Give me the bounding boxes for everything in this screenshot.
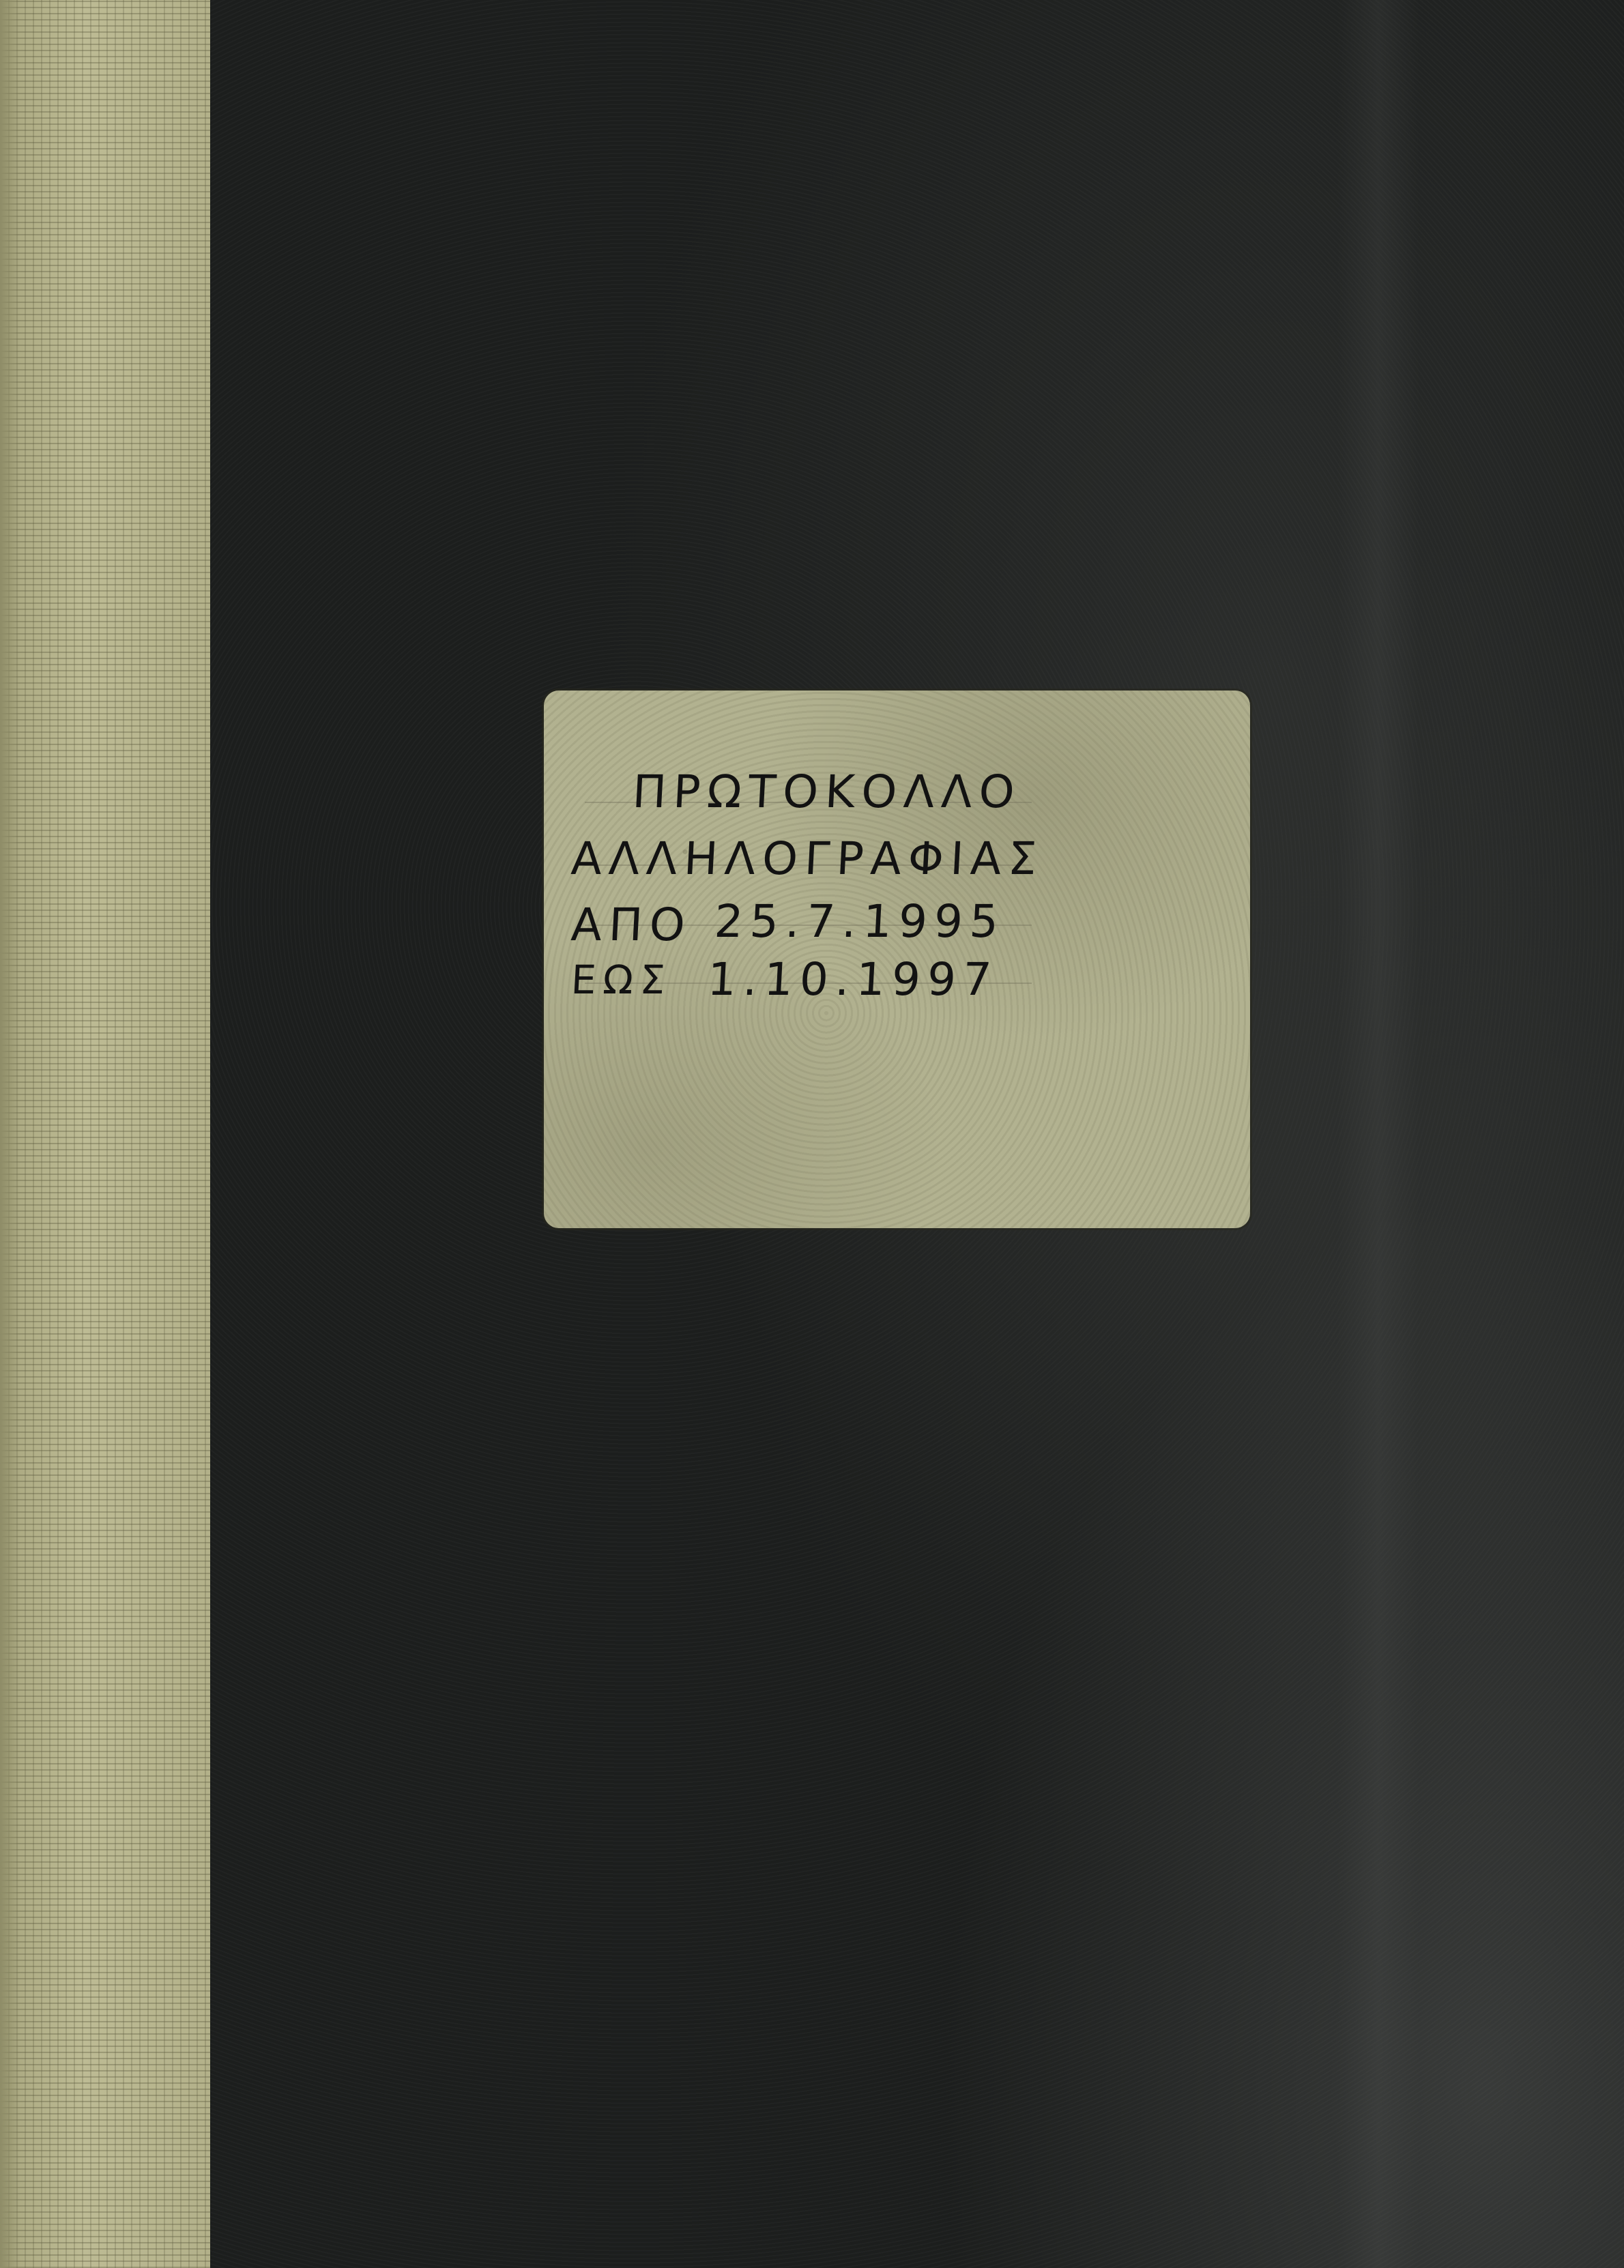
cover-label: ΠΡΩΤΟΚΟΛΛΟ ΑΛΛΗΛΟΓΡΑΦΙΑΣ ΑΠΟ 25.7.1995 Ε… [544, 690, 1250, 1228]
cover-glare [1337, 0, 1419, 2268]
label-from-label: ΑΠΟ [570, 899, 693, 951]
spine-edge [0, 0, 20, 2268]
book-spine [0, 0, 210, 2268]
label-from-date: 25.7.1995 [713, 895, 1006, 948]
label-to-label: ΕΩΣ [570, 957, 673, 1003]
label-to-date: 1.10.1997 [706, 953, 1000, 1006]
label-title-line1: ΠΡΩΤΟΚΟΛΛΟ [631, 766, 1023, 818]
label-title-line2: ΑΛΛΗΛΟΓΡΑΦΙΑΣ [570, 832, 1045, 885]
